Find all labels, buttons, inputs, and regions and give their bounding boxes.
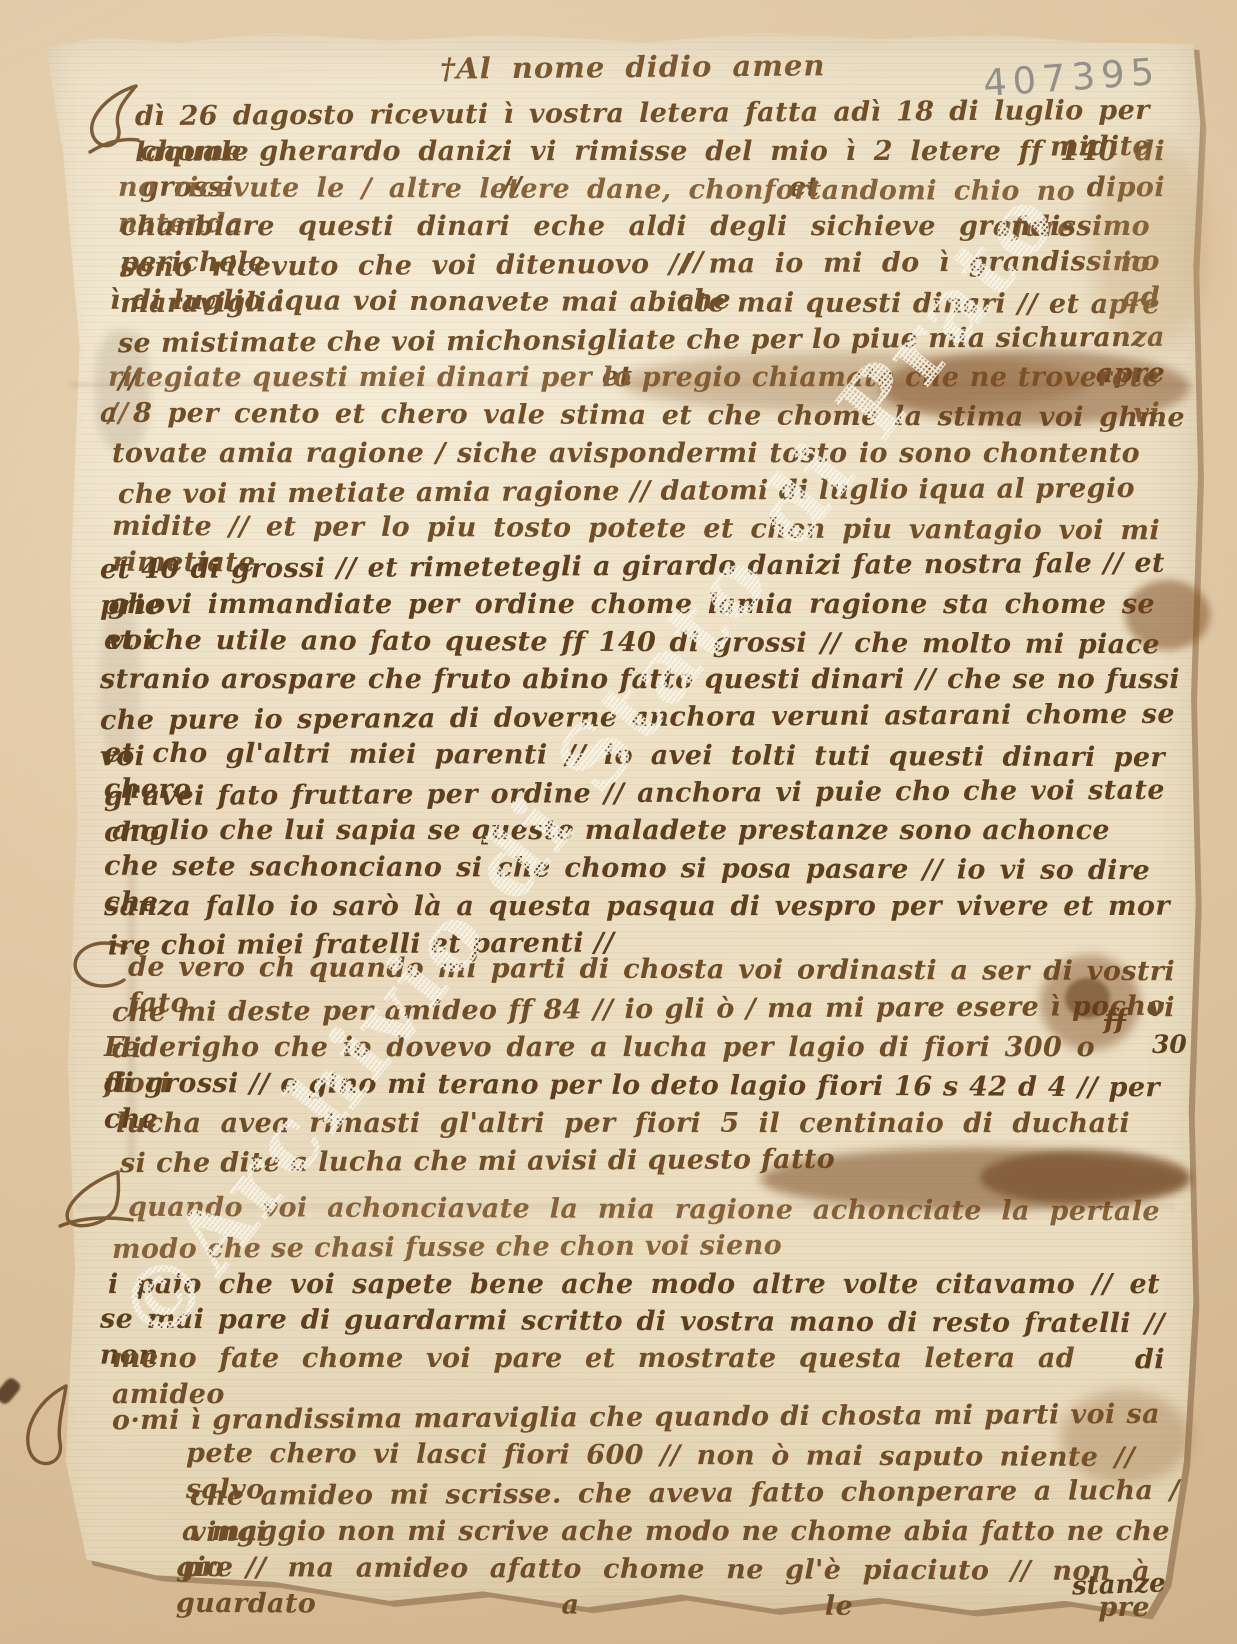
- strikethrough-correction: ff: [1104, 1004, 1126, 1035]
- manuscript-line: che voi mi metiate amia ragione // datom…: [118, 471, 1135, 513]
- manuscript-line: a 8 per cento et chero vale stima et che…: [100, 396, 1185, 437]
- manuscript-line: gio // ma amideo afatto chome ne gl'è pi…: [176, 1550, 1150, 1626]
- catchword: stanze: [1072, 1568, 1167, 1601]
- interline-correction: 30: [1152, 1030, 1187, 1059]
- manuscript-line: tovate amia ragione / siche avispondermi…: [112, 436, 1140, 472]
- manuscript-line: sanza fallo io sarò là a questa pasqua d…: [104, 889, 1170, 925]
- manuscript-line: o·mi ì grandissima maraviglia che quando…: [112, 1397, 1160, 1439]
- manuscript-scan: †Al nome didio amen 407395 dì 26 dagosto…: [0, 0, 1237, 1644]
